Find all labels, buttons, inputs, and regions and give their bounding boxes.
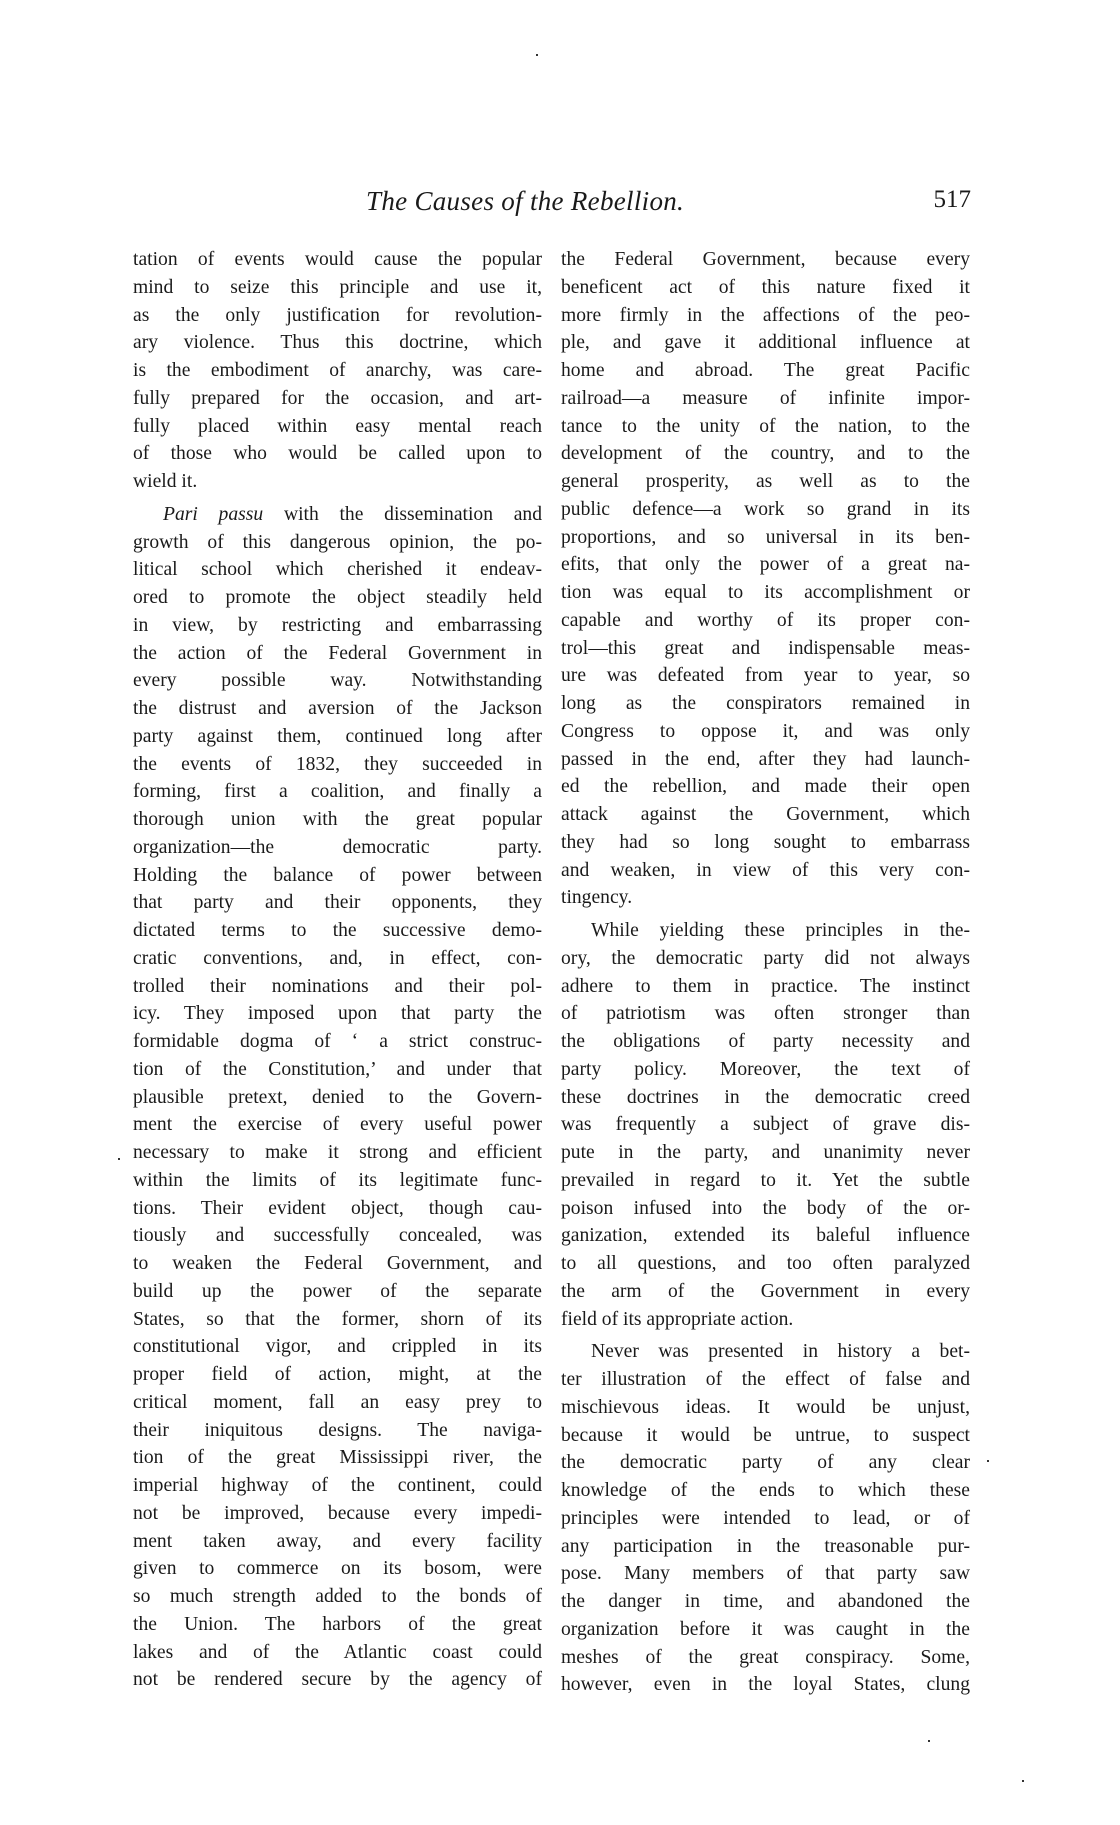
scan-speck: [1022, 1780, 1024, 1782]
text-line: organization before it was caught in the: [561, 1616, 970, 1644]
text-line: of patriotism was often stronger than: [561, 1000, 970, 1028]
text-line: the democratic party of any clear: [561, 1449, 970, 1477]
text-line: mind to seize this principle and use it,: [133, 274, 542, 302]
text-line: they had so long sought to embarrass: [561, 829, 970, 857]
text-line: home and abroad. The great Pacific: [561, 357, 970, 385]
text-line: to all questions, and too often paralyze…: [561, 1250, 970, 1278]
text-line: prevailed in regard to it. Yet the subtl…: [561, 1167, 970, 1195]
text-line: ganization, extended its baleful influen…: [561, 1222, 970, 1250]
text-line: thorough union with the great popular: [133, 806, 542, 834]
text-line: and weaken, in view of this very con-: [561, 857, 970, 885]
text-line: tance to the unity of the nation, to the: [561, 413, 970, 441]
text-line: public defence—a work so grand in its: [561, 496, 970, 524]
text-line: that party and their opponents, they: [133, 889, 542, 917]
text-line: lakes and of the Atlantic coast could: [133, 1639, 542, 1667]
scan-speck: [928, 1740, 930, 1742]
text-line: adhere to them in practice. The instinct: [561, 973, 970, 1001]
text-line: the Union. The harbors of the great: [133, 1611, 542, 1639]
text-line: pute in the party, and unanimity never: [561, 1139, 970, 1167]
text-line: so much strength added to the bonds of: [133, 1583, 542, 1611]
text-line: long as the conspirators remained in: [561, 690, 970, 718]
text-line: build up the power of the separate: [133, 1278, 542, 1306]
text-line: because it would be untrue, to suspect: [561, 1422, 970, 1450]
text-line: tion was equal to its accomplishment or: [561, 579, 970, 607]
paragraph-start-line: While yielding these principles in the-: [561, 917, 970, 945]
text-line: cratic conventions, and, in effect, con-: [133, 945, 542, 973]
text-line: ment taken away, and every facility: [133, 1528, 542, 1556]
text-line: the arm of the Government in every: [561, 1278, 970, 1306]
text-line: ment the exercise of every useful power: [133, 1111, 542, 1139]
text-line: wield it.: [133, 468, 542, 496]
text-line: ure was defeated from year to year, so: [561, 662, 970, 690]
text-line: more firmly in the affections of the peo…: [561, 302, 970, 330]
text-line: constitutional vigor, and crippled in it…: [133, 1333, 542, 1361]
text-line: ed the rebellion, and made their open: [561, 773, 970, 801]
text-line: efits, that only the power of a great na…: [561, 551, 970, 579]
text-line: mischievous ideas. It would be unjust,: [561, 1394, 970, 1422]
text-line: attack against the Government, which: [561, 801, 970, 829]
text-line: States, so that the former, shorn of its: [133, 1306, 542, 1334]
text-line: critical moment, fall an easy prey to: [133, 1389, 542, 1417]
page-number: 517: [934, 186, 972, 214]
text-line: ored to promote the object steadily held: [133, 584, 542, 612]
text-line: fully placed within easy mental reach: [133, 413, 542, 441]
text-line: field of its appropriate action.: [561, 1306, 970, 1334]
text-line: tiously and successfully concealed, was: [133, 1222, 542, 1250]
text-line: general prosperity, as well as to the: [561, 468, 970, 496]
text-line: ory, the democratic party did not always: [561, 945, 970, 973]
left-column: tation of events would cause the popular…: [133, 246, 542, 1694]
text-line: knowledge of the ends to which these: [561, 1477, 970, 1505]
running-title: The Causes of the Rebellion.: [366, 186, 684, 217]
text-line: the distrust and aversion of the Jackson: [133, 695, 542, 723]
text-line: in view, by restricting and embarrassing: [133, 612, 542, 640]
text-line: plausible pretext, denied to the Govern-: [133, 1084, 542, 1112]
text-line: dictated terms to the successive demo-: [133, 917, 542, 945]
text-line: fully prepared for the occasion, and art…: [133, 385, 542, 413]
text-line: ter illustration of the effect of false …: [561, 1366, 970, 1394]
text-line: the obligations of party necessity and: [561, 1028, 970, 1056]
text-line: of those who would be called upon to: [133, 440, 542, 468]
document-page: The Causes of the Rebellion. 517 tation …: [0, 0, 1120, 1825]
text-line: was frequently a subject of grave dis-: [561, 1111, 970, 1139]
text-line: icy. They imposed upon that party the: [133, 1000, 542, 1028]
text-line: every possible way. Notwithstanding: [133, 667, 542, 695]
text-line: party against them, continued long after: [133, 723, 542, 751]
text-line: any participation in the treasonable pur…: [561, 1533, 970, 1561]
text-line: tion of the great Mississippi river, the: [133, 1444, 542, 1472]
text-line: pose. Many members of that party saw: [561, 1560, 970, 1588]
text-line: formidable dogma of ‘ a strict construc-: [133, 1028, 542, 1056]
text-line: Holding the balance of power between: [133, 862, 542, 890]
scan-speck: [536, 54, 538, 56]
text-line: forming, first a coalition, and finally …: [133, 778, 542, 806]
text-line: proportions, and so universal in its ben…: [561, 524, 970, 552]
text-line: is the embodiment of anarchy, was care-: [133, 357, 542, 385]
text-line: their iniquitous designs. The naviga-: [133, 1417, 542, 1445]
text-line: beneficent act of this nature fixed it: [561, 274, 970, 302]
text-line: litical school which cherished it endeav…: [133, 556, 542, 584]
scan-speck: [118, 1158, 120, 1160]
text-line: given to commerce on its bosom, were: [133, 1555, 542, 1583]
text-line: railroad—a measure of infinite impor-: [561, 385, 970, 413]
italic-phrase: Pari passu: [163, 504, 263, 525]
text-line: not be improved, because every impedi-: [133, 1500, 542, 1528]
text-line: necessary to make it strong and efficien…: [133, 1139, 542, 1167]
text-line: however, even in the loyal States, clung: [561, 1671, 970, 1699]
running-head: The Causes of the Rebellion. 517: [133, 186, 971, 220]
text-line: tions. Their evident object, though cau-: [133, 1195, 542, 1223]
text-line: trol—this great and indispensable meas-: [561, 635, 970, 663]
text-line: party policy. Moreover, the text of: [561, 1056, 970, 1084]
text-line: tion of the Constitution,’ and under tha…: [133, 1056, 542, 1084]
text-line: meshes of the great conspiracy. Some,: [561, 1644, 970, 1672]
text-line: Congress to oppose it, and was only: [561, 718, 970, 746]
text-line: tation of events would cause the popular: [133, 246, 542, 274]
text-line: ary violence. Thus this doctrine, which: [133, 329, 542, 357]
text-line: trolled their nominations and their pol-: [133, 973, 542, 1001]
paragraph-start-line: Never was presented in history a bet-: [561, 1338, 970, 1366]
text-line: ple, and gave it additional influence at: [561, 329, 970, 357]
right-column: the Federal Government, because every be…: [561, 246, 970, 1699]
text-line: the Federal Government, because every: [561, 246, 970, 274]
text-line: poison infused into the body of the or-: [561, 1195, 970, 1223]
text-line: with the dissemination and: [284, 504, 542, 525]
scan-speck: [987, 1460, 989, 1462]
text-line: proper field of action, might, at the: [133, 1361, 542, 1389]
text-line: these doctrines in the democratic creed: [561, 1084, 970, 1112]
paragraph-start-line: Pari passu with the dissemination and: [133, 501, 542, 529]
text-line: growth of this dangerous opinion, the po…: [133, 529, 542, 557]
text-line: as the only justification for revolution…: [133, 302, 542, 330]
text-line: the events of 1832, they succeeded in: [133, 751, 542, 779]
text-line: tingency.: [561, 884, 970, 912]
text-line: the action of the Federal Government in: [133, 640, 542, 668]
text-line: passed in the end, after they had launch…: [561, 746, 970, 774]
text-line: the danger in time, and abandoned the: [561, 1588, 970, 1616]
text-line: to weaken the Federal Government, and: [133, 1250, 542, 1278]
text-line: within the limits of its legitimate func…: [133, 1167, 542, 1195]
text-line: development of the country, and to the: [561, 440, 970, 468]
text-line: principles were intended to lead, or of: [561, 1505, 970, 1533]
text-line: capable and worthy of its proper con-: [561, 607, 970, 635]
text-line: organization—the democratic party.: [133, 834, 542, 862]
text-line: not be rendered secure by the agency of: [133, 1666, 542, 1694]
text-line: imperial highway of the continent, could: [133, 1472, 542, 1500]
